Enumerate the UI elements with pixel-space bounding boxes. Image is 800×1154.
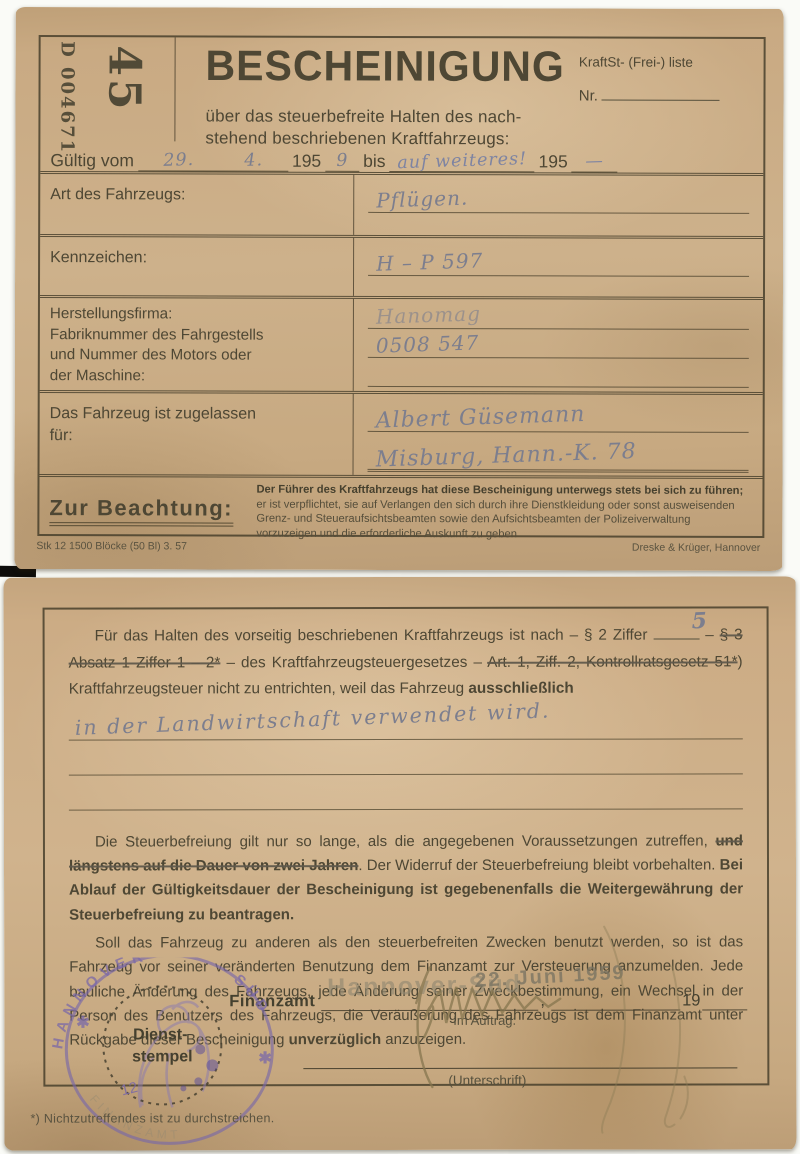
paragraph-revocation: Die Steuerbefreiung gilt nur so lange, a… [69, 829, 743, 927]
kraftst-liste-label: KraftSt- (Frei-) liste [579, 54, 737, 69]
serial-cell: D 004671 45 [40, 37, 175, 141]
handwritten-dash: — [585, 151, 604, 172]
handwritten-month: 4. [244, 150, 263, 171]
usage-line-3 [69, 774, 743, 810]
nr-field: Nr. [579, 85, 737, 104]
owner-line-1: Albert Güsemann [368, 394, 749, 433]
year-blank [702, 987, 747, 1010]
nr-blank-line [602, 86, 720, 101]
certificate-back: Für das Halten des vorseitig beschrieben… [4, 576, 797, 1150]
finanzamt-row: FinanzamtHannover-Süd,22. Juni 195919 [69, 980, 747, 1011]
owner-label: Das Fahrzeug ist zugelassen für: [40, 393, 354, 475]
vehicle-type-label: Art des Fahrzeugs: [40, 174, 354, 235]
document-subtitle: über das steuerbefreite Halten des nach-… [205, 105, 753, 151]
usage-line-2 [69, 739, 743, 775]
finanzamt-blank: Hannover-Süd [321, 988, 538, 1011]
plate-label: Kennzeichen: [40, 237, 354, 296]
finanzamt-label: Finanzamt [229, 992, 315, 1011]
row-plate: Kennzeichen: H – P 597 [40, 234, 763, 297]
plate-line: H – P 597 [368, 244, 749, 277]
handwritten-vehicle-type: Pflügen. [376, 186, 469, 213]
scanned-document-page: D 004671 45 BESCHEINIGUNG KraftSt- (Frei… [0, 0, 800, 1154]
paragraph-legal-basis: Für das Halten des vorseitig beschrieben… [69, 622, 743, 703]
signature-caption: (Unterschrift) [448, 1073, 526, 1088]
handwritten-year-digit: 9 [336, 151, 349, 171]
handwritten-owner-address: Misburg, Hann.-K. 78 [375, 439, 637, 472]
handwritten-owner-name: Albert Güsemann [375, 402, 585, 434]
certificate-front: D 004671 45 BESCHEINIGUNG KraftSt- (Frei… [14, 7, 783, 571]
valid-from-blank: 29.4. [138, 146, 288, 171]
date-blank: 22. Juni 1959 [551, 988, 680, 1011]
row-manufacturer: Herstellungsfirma: Fabriknummer des Fahr… [40, 295, 763, 392]
valid-until-blank: auf weiteres! [390, 147, 535, 172]
front-header: D 004671 45 BESCHEINIGUNG KraftSt- (Frei… [40, 37, 763, 143]
handwritten-manufacturer: Hanomag [376, 301, 482, 328]
handwritten-until: auf weiteres! [397, 149, 527, 173]
block-number: 45 [98, 45, 149, 112]
usage-line-1: in der Landwirtschaft verwendet wird. [69, 704, 743, 740]
manufacturer-label: Herstellungsfirma: Fabriknummer des Fahr… [40, 298, 354, 391]
valid-year-blank: 9 [325, 147, 359, 172]
imprint-left: Stk 12 1500 Blöcke (50 Bl) 3. 57 [36, 540, 187, 552]
handwritten-plate: H – P 597 [376, 248, 484, 275]
manufacturer-line-3 [368, 358, 749, 388]
document-title: BESCHEINIGUNG [206, 45, 565, 89]
title-cell: BESCHEINIGUNG KraftSt- (Frei-) liste Nr.… [175, 37, 763, 143]
back-border-frame: Für das Halten des vorseitig beschrieben… [43, 606, 770, 1086]
notice-label: Zur Beachtung: [39, 477, 254, 550]
serial-number: D 004671 [56, 41, 77, 154]
print-imprint: Stk 12 1500 Blöcke (50 Bl) 3. 57 Dreske … [36, 540, 760, 554]
manufacturer-line-1: Hanomag [368, 301, 749, 330]
struck-text-2: Art. 1, Ziff. 2, Kontrollratsgesetz 51* [487, 653, 737, 670]
ziffer-blank: 5 [653, 624, 699, 639]
footnote: *) Nichtzutreffendes ist zu durchstreich… [30, 1111, 274, 1125]
handwritten-day: 29. [163, 150, 194, 171]
handwritten-ziffer: 5 [665, 602, 709, 642]
valid-until-year-blank: — [572, 147, 618, 172]
vehicle-type-line: Pflügen. [368, 181, 749, 214]
im-auftrag-label: Im Auftrag: [453, 1013, 516, 1028]
row-vehicle-type: Art des Fahrzeugs: Pflügen. [40, 171, 763, 236]
front-border-frame: D 004671 45 BESCHEINIGUNG KraftSt- (Frei… [37, 35, 765, 538]
owner-line-2: Misburg, Hann.-K. 78 [368, 432, 749, 473]
manufacturer-line-2: 0508 547 [368, 329, 749, 359]
until-label: bis [363, 151, 385, 172]
imprint-right: Dreske & Krüger, Hannover [632, 542, 760, 554]
handwritten-serial: 0508 547 [375, 330, 479, 357]
signature-line [303, 1067, 737, 1069]
row-owner: Das Fahrzeug ist zugelassen für: Albert … [40, 390, 763, 476]
